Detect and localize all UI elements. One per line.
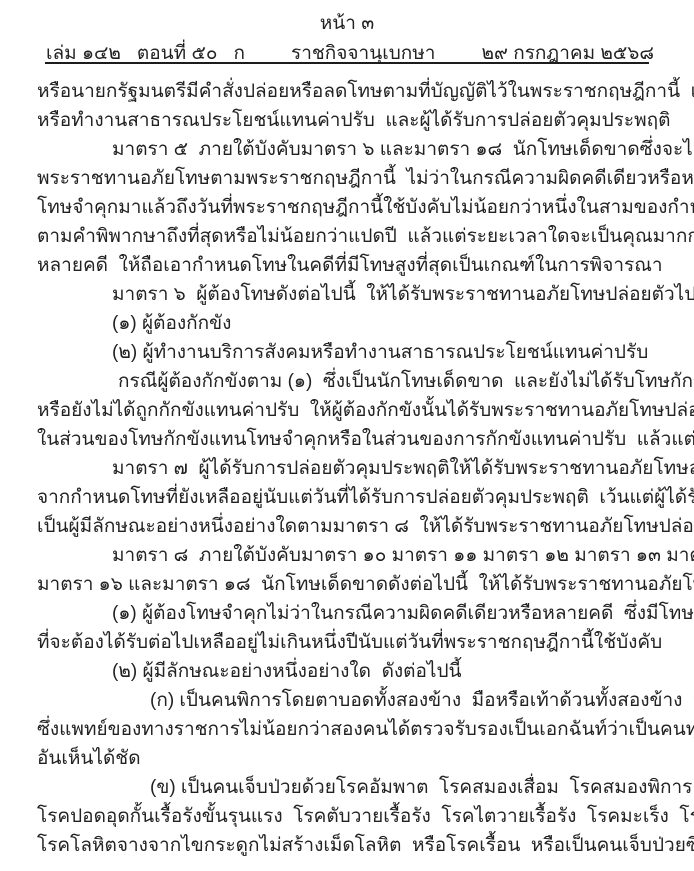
text-line: (ก) เป็นคนพิการโดยตาบอดทั้งสองข้าง มือหร… [37, 686, 667, 715]
text-line: ที่จะต้องได้รับต่อไปเหลืออยู่ไม่เกินหนึ่… [37, 628, 667, 657]
text-line: ซึ่งแพทย์ของทางราชการไม่น้อยกว่าสองคนได้… [37, 715, 667, 744]
text-line: เป็นผู้มีลักษณะอย่างหนึ่งอย่างใดตามมาตรา… [37, 512, 667, 541]
text-line: มาตรา ๘ ภายใต้บังคับมาตรา ๑๐ มาตรา ๑๑ มา… [37, 541, 667, 570]
text-line: โรคปอดอุดกั้นเรื้อรังขั้นรุนแรง โรคตับวา… [37, 802, 667, 831]
text-line: ในส่วนของโทษกักขังแทนโทษจำคุกหรือในส่วนข… [37, 425, 667, 454]
text-line: มาตรา ๗ ผู้ได้รับการปล่อยตัวคุมประพฤติให… [37, 454, 667, 483]
text-line: (๑) ผู้ต้องโทษจำคุกไม่ว่าในกรณีความผิดคด… [37, 599, 667, 628]
text-line: (๒) ผู้ทำงานบริการสังคมหรือทำงานสาธารณปร… [37, 338, 667, 367]
masthead-divider [45, 62, 649, 64]
text-line: กรณีผู้ต้องกักขังตาม (๑) ซึ่งเป็นนักโทษเ… [37, 367, 667, 396]
text-line: (ข) เป็นคนเจ็บป่วยด้วยโรคอัมพาต โรคสมองเ… [37, 773, 667, 802]
text-line: โทษจำคุกมาแล้วถึงวันที่พระราชกฤษฎีกานี้ใ… [37, 193, 667, 222]
text-line: หรือนายกรัฐมนตรีมีคำสั่งปล่อยหรือลดโทษตา… [37, 77, 667, 106]
text-line: หรือยังไม่ได้ถูกกักขังแทนค่าปรับ ให้ผู้ต… [37, 396, 667, 425]
text-line: โรคโลหิตจางจากไขกระดูกไม่สร้างเม็ดโลหิต … [37, 831, 667, 860]
text-line: อันเห็นได้ชัด [37, 744, 667, 773]
text-line: มาตรา ๖ ผู้ต้องโทษดังต่อไปนี้ ให้ได้รับพ… [37, 280, 667, 309]
text-line: หลายคดี ให้ถือเอากำหนดโทษในคดีที่มีโทษสู… [37, 251, 667, 280]
text-line: มาตรา ๕ ภายใต้บังคับมาตรา ๖ และมาตรา ๑๘ … [37, 135, 667, 164]
text-line: (๑) ผู้ต้องกักขัง [37, 309, 667, 338]
text-line: ตามคำพิพากษาถึงที่สุดหรือไม่น้อยกว่าแปดป… [37, 222, 667, 251]
text-line: พระราชทานอภัยโทษตามพระราชกฤษฎีกานี้ ไม่ว… [37, 164, 667, 193]
page-number: หน้า ๓ [0, 8, 694, 38]
text-line: จากกำหนดโทษที่ยังเหลืออยู่นับแต่วันที่ได… [37, 483, 667, 512]
text-line: หรือทำงานสาธารณประโยชน์แทนค่าปรับ และผู้… [37, 106, 667, 135]
gazette-page: หน้า ๓ เล่ม ๑๔๒ ตอนที่ ๕๐ ก ราชกิจจานุเบ… [0, 0, 694, 871]
text-line: มาตรา ๑๖ และมาตรา ๑๘ นักโทษเด็ดขาดดังต่อ… [37, 570, 667, 599]
text-line: (๒) ผู้มีลักษณะอย่างหนึ่งอย่างใด ดังต่อไ… [37, 657, 667, 686]
document-body: หรือนายกรัฐมนตรีมีคำสั่งปล่อยหรือลดโทษตา… [37, 77, 667, 860]
